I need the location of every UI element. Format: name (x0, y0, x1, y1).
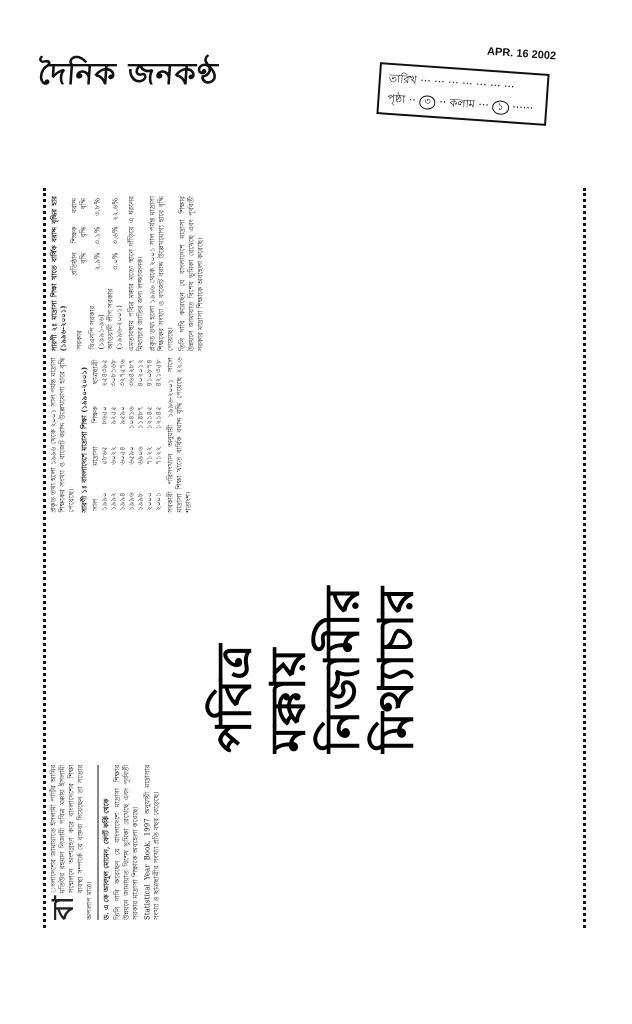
table-row: ২০০১৭১২২১২১৪৫৪২১৩৫৮ (154, 357, 163, 512)
article-paragraph: এমতাবস্থায় পবিত্র মক্কার মতো স্থানে দাঁ… (127, 196, 145, 351)
article-paragraph: তিনি দাবি করেছেন যে বাংলাদেশে মাদ্রাসা শ… (113, 765, 140, 920)
table1-title: সারণী ১ঃ বাংলাদেশে মাদ্রাসা শিক্ষা (১৯৯০… (79, 357, 88, 512)
article-paragraph: সরকারী পরিসংখ্যান অনুযায়ী ১৯৯৬-২০০১ সাল… (166, 357, 193, 512)
article-clipping: বা ংলাদেশের জামায়াতে ইসলামী পার্টির আমি… (43, 188, 586, 928)
ref-column-value: ১ (492, 100, 509, 115)
newspaper-masthead: দৈনিক জনকণ্ঠ (36, 50, 220, 101)
table-row: ১৯৯৬৬৫৯০১০৪১৬৩৬৪২৮৭ (127, 357, 136, 512)
allocation-table: সরকার প্রতিষ্ঠান বৃদ্ধি শিক্ষক বৃদ্ধি বর… (70, 196, 124, 351)
ref-page-label: পৃষ্ঠা (387, 92, 406, 106)
table-row: ১৯৯৮৬৯০৬১১৪৮৭৪০২০১২ (136, 357, 145, 512)
madrasa-table: সাল মাদ্রাসা শিক্ষক ছাত্রছাত্রী ১৯৯০৫৮৬৫… (91, 357, 163, 512)
article-paragraph: Statistical Year Book, 1997 অনুযায়ী মাদ… (143, 765, 161, 920)
article-column-1: বা ংলাদেশের জামায়াতে ইসলামী পার্টির আমি… (49, 765, 580, 920)
table-row: বিএনপি সরকার (১৯৯১-৯৬)২.৯%৩.১%৩.৮% (88, 196, 106, 351)
article-paragraph: তিনি দাবি করেছেন যে বাংলাদেশে মাদ্রাসা শ… (178, 196, 205, 351)
table-header-row: সরকার প্রতিষ্ঠান বৃদ্ধি শিক্ষক বৃদ্ধি বর… (70, 196, 88, 351)
table-header-row: সাল মাদ্রাসা শিক্ষক ছাত্রছাত্রী (91, 357, 100, 512)
lede-initial: বা (49, 896, 77, 920)
table-row: ১৯৯০৫৮৬৫৮৬৫০২৫৪৩৯৫ (100, 357, 109, 512)
rotated-article: বা ংলাদেশের জামায়াতে ইসলামী পার্টির আমি… (43, 188, 586, 928)
ref-column-label: কলাম (449, 96, 475, 111)
table2-title: সারণী ২ঃ মাদ্রাসা শিক্ষা খাতে বার্ষিক বর… (49, 196, 67, 351)
ref-page-value: ৩ (419, 95, 436, 110)
byline: ড. এ কে আবদুল মোমেন, ফোর্ট কর্কি থেকে (101, 765, 110, 920)
article-paragraph: বা ংলাদেশের জামায়াতে ইসলামী পার্টির আমি… (49, 765, 94, 920)
ref-date-value: ··· ··· ··· ··· ··· ··· ··· (420, 74, 515, 94)
reference-box: তারিখ ··· ··· ··· ··· ··· ··· ··· পৃষ্ঠা… (376, 62, 549, 126)
byline-rule (97, 765, 98, 920)
article-paragraph: প্রকৃত তথ্য হলো ১৯৯৬ থেকে ২০০১ সাল পর্যন… (49, 357, 76, 512)
table-row: ২০০০৭১২২১২১৪৫৪১০৮৭৪ (145, 357, 154, 512)
article-column-3: সারণী ২ঃ মাদ্রাসা শিক্ষা খাতে বার্ষিক বর… (49, 196, 580, 351)
headline: পবিত্র মক্কায় নিজামীর মিথ্যাচার (207, 525, 423, 753)
article-body: বা ংলাদেশের জামায়াতে ইসলামী পার্টির আমি… (49, 196, 580, 920)
ref-date-label: তারিখ (388, 72, 417, 87)
table-row: ১৯৯৪৬০৫৪৯৫৯০৩২৭৫৭৬ (118, 357, 127, 512)
article-paragraph: প্রকৃত তথ্য হলো ১৯৯৬ থেকে ২০০১ সাল পর্যন… (148, 196, 175, 351)
headline-block: পবিত্র মক্কায় নিজামীর মিথ্যাচার (49, 519, 580, 759)
article-column-2: প্রকৃত তথ্য হলো ১৯৯৬ থেকে ২০০১ সাল পর্যন… (49, 357, 580, 512)
table-row: আওয়ামী লীগ সরকার (১৯৯৬-২০০১)৩.০%৩.৬%২২.… (106, 196, 124, 351)
date-stamp: APR. 16 2002 (487, 46, 557, 63)
table-row: ১৯৯২৬০২২৯২৫৫৩০৮১৬৮ (109, 357, 118, 512)
